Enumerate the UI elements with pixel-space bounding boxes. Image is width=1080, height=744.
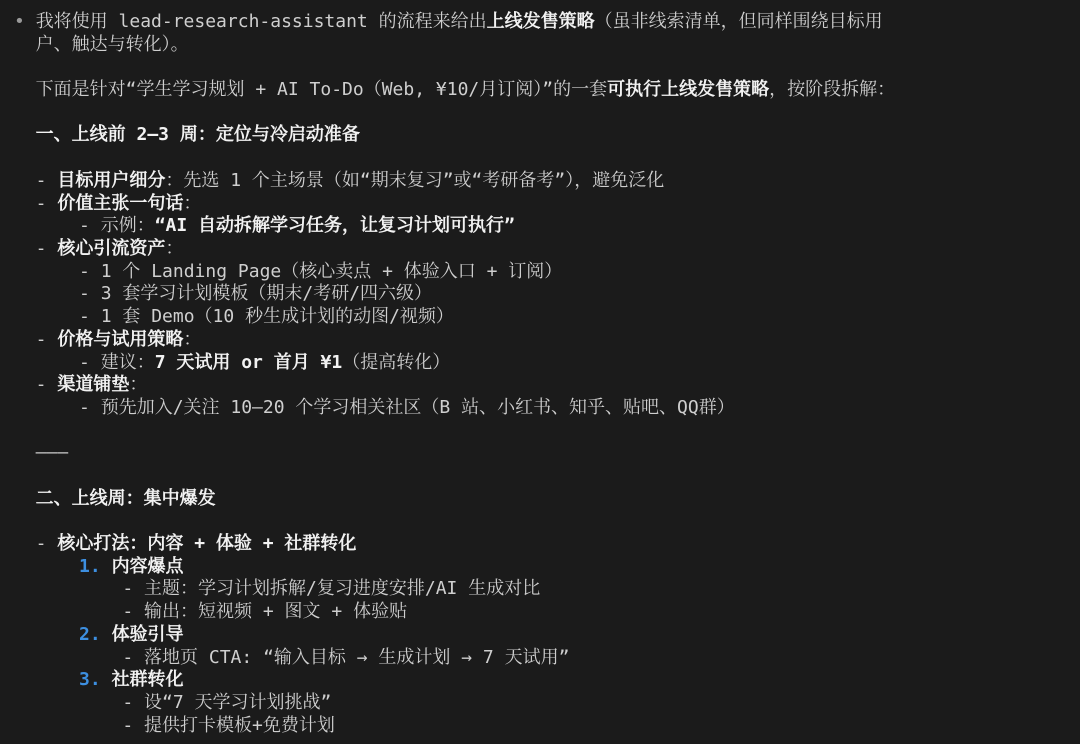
terminal-text: （提高转化） [342, 352, 450, 373]
terminal-text: 户、触达与转化）。 [14, 34, 189, 55]
terminal-text: - [14, 170, 57, 191]
terminal-text: 内容爆点 [112, 556, 184, 577]
terminal-text: 二、上线周：集中爆发 [14, 488, 216, 509]
terminal-line: ——— [14, 442, 1074, 465]
terminal-text: - 示例： [14, 215, 155, 236]
terminal-line: 户、触达与转化）。 [14, 34, 1074, 57]
terminal-text: 社群转化 [112, 669, 184, 690]
terminal-text: - 3 套学习计划模板（期末/考研/四六级） [14, 283, 432, 304]
terminal-line [14, 465, 1074, 488]
terminal-text: - 设“7 天学习计划挑战” [14, 692, 331, 713]
terminal-text: ，按阶段拆解： [769, 79, 895, 100]
terminal-text: - [14, 238, 57, 259]
terminal-line [14, 102, 1074, 125]
terminal-text: - 1 套 Demo（10 秒生成计划的动图/视频） [14, 306, 454, 327]
terminal-text: - 提供打卡模板+免费计划 [14, 715, 335, 736]
terminal-line: - 提供打卡模板+免费计划 [14, 715, 1074, 738]
terminal-text [101, 556, 112, 577]
terminal-line: • 我将使用 lead-research-assistant 的流程来给出上线发… [14, 11, 1074, 34]
terminal-text: 核心引流资产 [57, 238, 165, 259]
terminal-line: 1. 内容爆点 [14, 556, 1074, 579]
bullet-icon: • [14, 11, 36, 32]
terminal-line: - 输出：短视频 + 图文 + 体验贴 [14, 601, 1074, 624]
terminal-line: - 主题：学习计划拆解/复习进度安排/AI 生成对比 [14, 578, 1074, 601]
terminal-text: ：先选 1 个主场景（如“期末复习”或“考研备考”），避免泛化 [165, 170, 664, 191]
terminal-text: - [14, 533, 57, 554]
terminal-line: - 设“7 天学习计划挑战” [14, 692, 1074, 715]
terminal-line [14, 420, 1074, 443]
terminal-text: - 建议： [14, 352, 155, 373]
terminal-line: - 核心打法：内容 + 体验 + 社群转化 [14, 533, 1074, 556]
terminal-text: 核心打法：内容 + 体验 + 社群转化 [57, 533, 356, 554]
terminal-line [14, 510, 1074, 533]
terminal-line: - 落地页 CTA: “输入目标 → 生成计划 → 7 天试用” [14, 647, 1074, 670]
terminal-text: - [14, 193, 57, 214]
terminal-text: - [14, 374, 57, 395]
terminal-line: - 渠道铺垫： [14, 374, 1074, 397]
terminal-line: - 3 套学习计划模板（期末/考研/四六级） [14, 283, 1074, 306]
terminal-text: 可执行上线发售策略 [607, 79, 769, 100]
terminal-text [14, 624, 79, 645]
terminal-text: 下面是针对“学生学习规划 + AI To-Do（Web, ¥10/月订阅）”的一… [14, 79, 607, 100]
terminal-text: - 1 个 Landing Page（核心卖点 + 体验入口 + 订阅） [14, 261, 562, 282]
terminal-text: 渠道铺垫 [57, 374, 129, 395]
terminal-line: 3. 社群转化 [14, 669, 1074, 692]
terminal-line: - 预先加入/关注 10–20 个学习相关社区（B 站、小红书、知乎、贴吧、QQ… [14, 397, 1074, 420]
terminal-text: 2. [79, 624, 101, 645]
terminal-line: 二、上线周：集中爆发 [14, 488, 1074, 511]
terminal-line: 下面是针对“学生学习规划 + AI To-Do（Web, ¥10/月订阅）”的一… [14, 79, 1074, 102]
terminal-text: ： [165, 238, 183, 259]
terminal-text [14, 556, 79, 577]
terminal-text: 价格与试用策略 [57, 329, 183, 350]
terminal-line: - 核心引流资产： [14, 238, 1074, 261]
terminal-line: - 目标用户细分：先选 1 个主场景（如“期末复习”或“考研备考”），避免泛化 [14, 170, 1074, 193]
terminal-text [101, 669, 112, 690]
terminal-text: 一、上线前 2–3 周：定位与冷启动准备 [14, 124, 360, 145]
terminal-text: 价值主张一句话 [57, 193, 183, 214]
terminal-text: - 输出：短视频 + 图文 + 体验贴 [14, 601, 407, 622]
terminal-text: ——— [14, 442, 68, 463]
terminal-text [101, 624, 112, 645]
terminal-text: 我将使用 lead-research-assistant 的流程来给出 [36, 11, 487, 32]
terminal-output: • 我将使用 lead-research-assistant 的流程来给出上线发… [0, 0, 1080, 744]
terminal-line: - 1 套 Demo（10 秒生成计划的动图/视频） [14, 306, 1074, 329]
terminal-text: 目标用户细分 [57, 170, 165, 191]
terminal-line: - 价格与试用策略： [14, 329, 1074, 352]
terminal-text: - 落地页 CTA: “输入目标 → 生成计划 → 7 天试用” [14, 647, 569, 668]
terminal-line: 2. 体验引导 [14, 624, 1074, 647]
terminal-text: 上线发售策略 [487, 11, 595, 32]
terminal-text: （虽非线索清单，但同样围绕目标用 [595, 11, 883, 32]
terminal-text: ： [183, 329, 201, 350]
terminal-line: 一、上线前 2–3 周：定位与冷启动准备 [14, 124, 1074, 147]
terminal-text: ： [183, 193, 201, 214]
terminal-text: 1. [79, 556, 101, 577]
terminal-text: - 预先加入/关注 10–20 个学习相关社区（B 站、小红书、知乎、贴吧、QQ… [14, 397, 735, 418]
terminal-line: - 价值主张一句话： [14, 193, 1074, 216]
terminal-text: - [14, 329, 57, 350]
terminal-text: 体验引导 [112, 624, 184, 645]
terminal-line: - 1 个 Landing Page（核心卖点 + 体验入口 + 订阅） [14, 261, 1074, 284]
terminal-line [14, 56, 1074, 79]
terminal-text: 7 天试用 or 首月 ¥1 [155, 352, 343, 373]
terminal-text [14, 669, 79, 690]
terminal-text: ： [129, 374, 147, 395]
terminal-text: - 主题：学习计划拆解/复习进度安排/AI 生成对比 [14, 578, 540, 599]
terminal-line: - 示例：“AI 自动拆解学习任务，让复习计划可执行” [14, 215, 1074, 238]
terminal-window: • 我将使用 lead-research-assistant 的流程来给出上线发… [0, 0, 1080, 744]
terminal-line: - 建议：7 天试用 or 首月 ¥1（提高转化） [14, 352, 1074, 375]
terminal-text: “AI 自动拆解学习任务，让复习计划可执行” [155, 215, 515, 236]
terminal-line [14, 147, 1074, 170]
terminal-text: 3. [79, 669, 101, 690]
